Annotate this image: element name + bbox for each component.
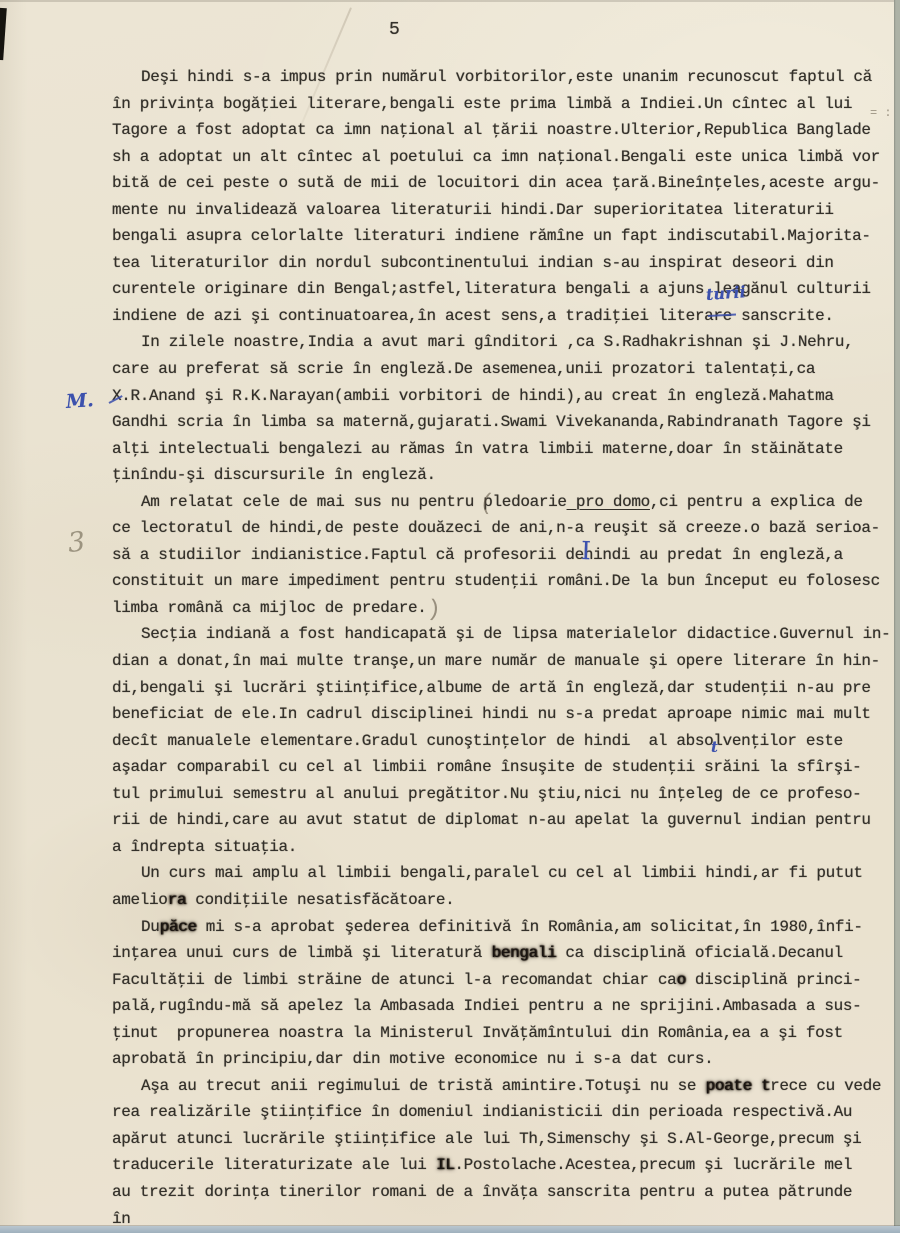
typewritten-segment: X.R.Anand şi R.K.Narayan(ambii vorbitori… xyxy=(112,387,834,405)
text-line: în privinţa bogăţiei literare,bengali es… xyxy=(112,91,900,118)
typewritten-segment: .Postolache.Acestea,precum şi lucrările … xyxy=(454,1156,852,1174)
text-line: In zilele noastre,India a avut mari gînd… xyxy=(112,329,900,356)
typewritten-segment: inţarea unui curs de limbă şi literatură xyxy=(112,944,491,962)
text-line: inţarea unui curs de limbă şi literatură… xyxy=(112,940,900,967)
text-line: beneficiat de ele.In cadrul disciplinei … xyxy=(112,701,900,728)
text-line: X.R.Anand şi R.K.Narayan(ambii vorbitori… xyxy=(112,383,900,410)
text-line: ameliora condiţiile nesatisfăcătoare. xyxy=(112,887,900,914)
scan-corner-artifact xyxy=(0,8,7,60)
typewritten-segment: ca disciplină oficială.Decanul xyxy=(556,944,843,962)
text-line: alţi intelectuali bengalezi au rămas în … xyxy=(112,436,900,463)
typewritten-segment: In zilele noastre,India a avut mari gînd… xyxy=(141,333,853,351)
typewritten-segment: a îndrepta situaţia. xyxy=(112,838,297,856)
typewritten-segment: constituit un mare impediment pentru stu… xyxy=(112,572,880,590)
typewritten-segment: disciplină princi- xyxy=(686,971,862,989)
typewritten-segment: Deşi hindi s-a impus prin numărul vorbit… xyxy=(141,68,872,86)
typewritten-segment: mente nu invalidează valoarea literaturi… xyxy=(112,201,834,219)
typewritten-segment: apărut atunci lucrările ştiinţifice ale … xyxy=(112,1130,861,1148)
text-line: dian a donat,în mai multe tranşe,un mare… xyxy=(112,648,900,675)
typewritten-segment: Gandhi scria în limba sa maternă,gujarat… xyxy=(112,413,871,431)
typewritten-text: Deşi hindi s-a impus prin numărul vorbit… xyxy=(112,64,900,1232)
text-line: Dupăce mi s-a aprobat şederea definitivă… xyxy=(112,914,900,941)
typewritten-segment: alţi intelectuali bengalezi au rămas în … xyxy=(112,440,843,458)
typewritten-segment: Am relatat cele de mai sus nu pentru ple… xyxy=(141,493,567,511)
scan-edge-bottom xyxy=(0,1226,900,1233)
text-line: aprobată în principiu,dar din motive eco… xyxy=(112,1046,900,1073)
typewritten-segment: dian a donat,în mai multe tranşe,un mare… xyxy=(112,652,880,670)
smudged-text: bengali xyxy=(491,944,556,962)
scan-edge-top xyxy=(0,0,900,2)
typewritten-segment: rii de hindi,care au avut statut de dipl… xyxy=(112,811,871,829)
text-line: să a studiilor indianistice.Faptul că pr… xyxy=(112,542,900,569)
typewritten-segment: aprobată în principiu,dar din motive eco… xyxy=(112,1050,713,1068)
margin-note-3: 3 xyxy=(66,526,86,559)
text-line: rii de hindi,care au avut statut de dipl… xyxy=(112,807,900,834)
handwritten-paren-close: ) xyxy=(426,596,442,623)
typewritten-segment: ce lectoratul de hindi,de peste douăzeci… xyxy=(112,519,880,537)
text-line: care au preferat să scrie în engleză.De … xyxy=(112,356,900,383)
scanned-page: 5 Deşi hindi s-a impus prin numărul vorb… xyxy=(0,0,900,1233)
typewritten-segment: di,bengali şi lucrări ştiinţifice,albume… xyxy=(112,679,871,697)
text-line: pală,rugîndu-mă să apelez la Ambasada In… xyxy=(112,993,900,1020)
margin-correction-M: M. xyxy=(65,389,94,413)
typewritten-segment: să a studiilor indianistice.Faptul că pr… xyxy=(112,546,843,564)
smudged-text: păce xyxy=(160,918,197,936)
insert-caret: I xyxy=(580,536,591,565)
text-line: Am relatat cele de mai sus nu pentru ple… xyxy=(112,489,900,516)
correction-t: t xyxy=(711,738,718,756)
typewritten-segment: curentele originare din Bengal;astfel,li… xyxy=(112,280,871,298)
typewritten-segment: rea realizările ştiinţifice în domeniul … xyxy=(112,1103,852,1121)
typewritten-segment: Secţia indiană a fost handicapată şi de … xyxy=(141,625,890,643)
text-line: traducerile literaturizate ale lui IL.Po… xyxy=(112,1152,900,1179)
typewritten-segment: Un curs mai amplu al limbii bengali,para… xyxy=(141,864,863,882)
typewritten-segment: au trezit dorinţa tinerilor romani de a … xyxy=(112,1183,852,1201)
text-line: rea realizările ştiinţifice în domeniul … xyxy=(112,1099,900,1126)
typewritten-segment: ,ci pentru a explica de xyxy=(650,493,863,511)
edge-marks: = : xyxy=(870,106,892,120)
text-line: Gandhi scria în limba sa maternă,gujarat… xyxy=(112,409,900,436)
text-line: a îndrepta situaţia. xyxy=(112,834,900,861)
typewritten-segment: bită de cei peste o sută de mii de locui… xyxy=(112,174,880,192)
text-line: aşadar comparabil cu cel al limbii român… xyxy=(112,754,900,781)
typewritten-segment: Aşa au trecut anii regimului de tristă a… xyxy=(141,1077,705,1095)
typewritten-segment: traducerile literaturizate ale lui xyxy=(112,1156,436,1174)
text-line: Facultăţii de limbi străine de atunci l-… xyxy=(112,967,900,994)
text-line: constituit un mare impediment pentru stu… xyxy=(112,568,900,595)
typewritten-segment: în privinţa bogăţiei literare,bengali es… xyxy=(112,95,852,113)
typewritten-segment: beneficiat de ele.In cadrul disciplinei … xyxy=(112,705,871,723)
smudged-text: poate t xyxy=(705,1077,770,1095)
text-line: ţinîndu-şi discursurile în engleză. xyxy=(112,462,900,489)
text-line: indiene de azi şi continuatoarea,în aces… xyxy=(112,303,900,330)
correction-turii: turii xyxy=(705,282,746,304)
typewritten-segment: ţinîndu-şi discursurile în engleză. xyxy=(112,466,436,484)
typewritten-segment: sh a adoptat un alt cîntec al poetului c… xyxy=(112,148,880,166)
smudged-text: o xyxy=(676,971,685,989)
typewritten-segment: Du xyxy=(141,918,160,936)
text-line: apărut atunci lucrările ştiinţifice ale … xyxy=(112,1126,900,1153)
text-line: bengali asupra celorlalte literaturi ind… xyxy=(112,223,900,250)
typewritten-segment: limba română ca mijloc de predare. xyxy=(112,599,427,617)
text-line: tea literaturilor din nordul subcontinen… xyxy=(112,250,900,277)
underlined-text: pro domo xyxy=(567,493,650,511)
scan-edge-right xyxy=(894,0,900,1233)
smudged-text: IL xyxy=(436,1156,455,1174)
text-line: Secţia indiană a fost handicapată şi de … xyxy=(112,621,900,648)
text-line: au trezit dorinţa tinerilor romani de a … xyxy=(112,1179,900,1206)
text-line: Deşi hindi s-a impus prin numărul vorbit… xyxy=(112,64,900,91)
typewritten-segment: bengali asupra celorlalte literaturi ind… xyxy=(112,227,871,245)
text-line: curentele originare din Bengal;astfel,li… xyxy=(112,276,900,303)
text-line: tul primului semestru al anului pregătit… xyxy=(112,781,900,808)
typewritten-segment: amelio xyxy=(112,891,168,909)
typewritten-segment: tul primului semestru al anului pregătit… xyxy=(112,785,861,803)
text-line: decît manualele elementare.Gradul cunoşt… xyxy=(112,728,900,755)
text-line: sh a adoptat un alt cîntec al poetului c… xyxy=(112,144,900,171)
typewritten-segment: condiţiile nesatisfăcătoare. xyxy=(186,891,454,909)
text-line: Un curs mai amplu al limbii bengali,para… xyxy=(112,860,900,887)
text-line: bită de cei peste o sută de mii de locui… xyxy=(112,170,900,197)
text-line: limba română ca mijloc de predare. xyxy=(112,595,900,622)
typewritten-segment: Tagore a fost adoptat ca imn naţional al… xyxy=(112,121,871,139)
typewritten-segment: tea literaturilor din nordul subcontinen… xyxy=(112,254,834,272)
text-line: ce lectoratul de hindi,de peste douăzeci… xyxy=(112,515,900,542)
page-number: 5 xyxy=(389,20,400,40)
text-line: di,bengali şi lucrări ştiinţifice,albume… xyxy=(112,675,900,702)
text-line: Tagore a fost adoptat ca imn naţional al… xyxy=(112,117,900,144)
typewritten-segment: decît manualele elementare.Gradul cunoşt… xyxy=(112,732,843,750)
typewritten-segment: Facultăţii de limbi străine de atunci l-… xyxy=(112,971,676,989)
typewritten-segment: în xyxy=(112,1210,131,1228)
typewritten-segment: pală,rugîndu-mă să apelez la Ambasada In… xyxy=(112,997,861,1015)
typewritten-segment: mi s-a aprobat şederea definitivă în Rom… xyxy=(197,918,863,936)
text-line: Aşa au trecut anii regimului de tristă a… xyxy=(112,1073,900,1100)
smudged-text: ra xyxy=(168,891,187,909)
text-line: ţinut propunerea noastra la Ministerul I… xyxy=(112,1020,900,1047)
typewritten-segment: aşadar comparabil cu cel al limbii român… xyxy=(112,758,861,776)
text-line: mente nu invalidează valoarea literaturi… xyxy=(112,197,900,224)
typewritten-segment: rece cu vede xyxy=(770,1077,881,1095)
typewritten-segment: care au preferat să scrie în engleză.De … xyxy=(112,360,815,378)
typewritten-segment: ţinut propunerea noastra la Ministerul I… xyxy=(112,1024,843,1042)
